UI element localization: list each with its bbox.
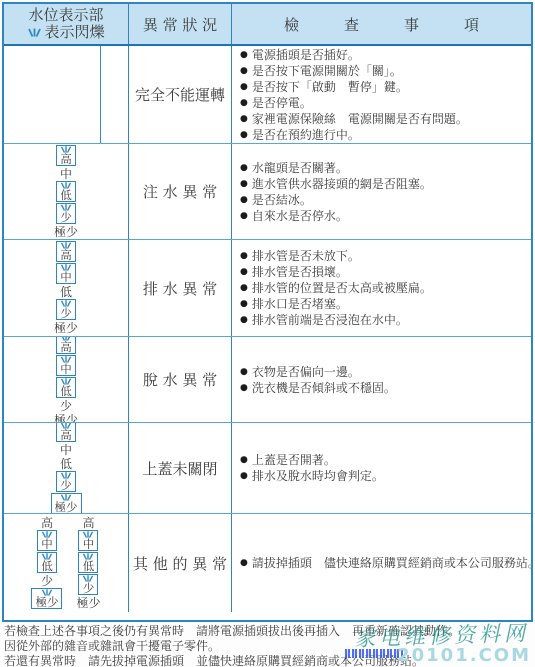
check-item: ●排水管前端是否浸泡在水中。 — [240, 312, 531, 328]
check-item-text: 是否在預約進行中。 — [252, 127, 360, 143]
indicator-stack: 高中低少極少 — [54, 241, 78, 335]
check-item-text: 排水及脫水時均會判定。 — [252, 468, 384, 484]
indicator-stack: 高中低少極少 — [76, 516, 100, 610]
condition-label: 上蓋未關閉 — [128, 423, 231, 513]
bullet-icon: ● — [240, 248, 248, 264]
check-item: ●請拔掉插頭 儘快連絡原購買經銷商或本公司服務站。 — [240, 555, 531, 571]
table-row: 完全不能運轉 ●電源插頭是否插好。●是否按下電源開關於「關」。●是否按下「啟動 … — [4, 46, 531, 143]
indicator-label: 極少 — [55, 501, 78, 513]
indicator-stacks: 高中低少極少 — [51, 423, 82, 513]
header-water-level-line2-wrap: 表示閃爍 — [27, 24, 104, 41]
water-level-indicator: 極少 — [76, 596, 100, 610]
indicator-stacks: 高中低少極少 — [54, 241, 78, 335]
indicator-label: 高 — [60, 153, 72, 165]
table-row: 高中低少極少 排 水 異 常 ●排水管是否未放下。●排水管是否損壞。●排水管的位… — [4, 239, 531, 336]
water-level-indicator: 高 — [56, 423, 76, 442]
troubleshooting-table: 水位表示部 表示閃爍 異 常 狀 況 檢 查 事 項 完全不能運轉 ●電源插頭是… — [2, 2, 533, 622]
water-level-indicator: 高 — [56, 337, 76, 354]
bullet-icon: ● — [240, 176, 248, 192]
check-item-text: 是否停電。 — [252, 95, 312, 111]
footer-note-line: 因從外部的雜音或雜訊會干擾電子零件。 — [4, 639, 531, 654]
water-level-indicator: 中 — [78, 530, 98, 551]
table-row: 高中低少極少 上蓋未關閉 ●上蓋是否開著。●排水及脫水時均會判定。 — [4, 422, 531, 513]
table-row: 高中低少極少高中低少極少 其 他 的 異 常 ●請拔掉插頭 儘快連絡原購買經銷商… — [4, 513, 531, 612]
water-level-indicator: 低 — [60, 285, 72, 299]
bullet-icon: ● — [240, 111, 248, 127]
bullet-icon: ● — [240, 127, 248, 143]
check-item-text: 水龍頭是否關著。 — [252, 160, 348, 176]
indicator-label: 中 — [41, 538, 53, 550]
bullet-icon: ● — [240, 192, 248, 208]
footer-notes: 若檢查上述各事項之後仍有異常時 請將電源插頭拔出後再插入 再重新確認其動作。因從… — [4, 624, 531, 667]
check-list: ●排水管是否未放下。●排水管是否損壞。●排水管的位置是否太高或被壓扁。●排水口是… — [231, 240, 531, 336]
check-list: ●請拔掉插頭 儘快連絡原購買經銷商或本公司服務站。 — [231, 514, 531, 612]
check-item: ●電源插頭是否插好。 — [240, 47, 531, 63]
check-list: ●水龍頭是否關著。●進水管供水器接頭的網是否阻塞。●是否結冰。●自來水是否停水。 — [231, 144, 531, 239]
manual-page: { "header": { "col1_line1": "水位表示部", "co… — [0, 0, 535, 667]
water-level-indicator: 高 — [56, 241, 76, 262]
condition-label: 排 水 異 常 — [128, 240, 231, 336]
water-level-indicator: 少 — [41, 574, 53, 588]
indicator-cell: 高中低少極少 — [4, 240, 128, 336]
check-item: ●進水管供水器接頭的網是否阻塞。 — [240, 176, 531, 192]
check-item-text: 是否結冰。 — [252, 192, 312, 208]
indicator-label: 極少 — [35, 596, 58, 608]
check-item-text: 排水管是否未放下。 — [252, 248, 360, 264]
check-item: ●排水管的位置是否太高或被壓扁。 — [240, 280, 531, 296]
table-row: 高中低少極少 脫 水 異 常 ●衣物是否偏向一邊。●洗衣機是否傾斜或不穩固。 — [4, 336, 531, 422]
header-water-level-label: 表示閃爍 — [44, 24, 104, 41]
water-level-indicator: 低 — [78, 552, 98, 573]
check-item: ●是否停電。 — [240, 95, 531, 111]
check-item-text: 電源插頭是否插好。 — [252, 47, 360, 63]
check-item: ●排水管是否損壞。 — [240, 264, 531, 280]
check-item-text: 自來水是否停水。 — [252, 208, 348, 224]
check-item-text: 進水管供水器接頭的網是否阻塞。 — [252, 176, 432, 192]
indicator-stacks: 高中低少極少 — [54, 145, 78, 239]
check-item: ●衣物是否偏向一邊。 — [240, 364, 531, 380]
table-row: 高中低少極少 注 水 異 常 ●水龍頭是否關著。●進水管供水器接頭的網是否阻塞。… — [4, 143, 531, 239]
bullet-icon: ● — [240, 79, 248, 95]
indicator-stacks: 高中低少極少高中低少極少 — [31, 516, 100, 610]
water-flash-icon — [27, 28, 42, 37]
check-item: ●排水管是否未放下。 — [240, 248, 531, 264]
water-level-indicator: 極少 — [51, 493, 82, 513]
water-level-indicator: 少 — [56, 299, 76, 320]
indicator-label: 少 — [60, 307, 72, 319]
indicator-stacks: 高中低少極少 — [54, 337, 78, 422]
footer-note-line: 若還有異常時 請先拔掉電源插頭 並儘快連絡原購買經銷商或本公司服務站。 — [4, 654, 531, 667]
bullet-icon: ● — [240, 280, 248, 296]
bullet-icon: ● — [240, 160, 248, 176]
water-level-indicator: 高 — [41, 516, 53, 530]
header-water-level-line1: 水位表示部 — [28, 7, 103, 24]
bullet-icon: ● — [240, 63, 248, 79]
indicator-label: 高 — [60, 341, 72, 353]
check-item: ●上蓋是否開著。 — [240, 452, 531, 468]
indicator-stack: 高中低少極少 — [54, 337, 78, 422]
table-header-row: 水位表示部 表示閃爍 異 常 狀 況 檢 查 事 項 — [4, 4, 531, 46]
table-body: 完全不能運轉 ●電源插頭是否插好。●是否按下電源開關於「關」。●是否按下「啟動 … — [4, 46, 531, 612]
indicator-label: 高 — [60, 429, 72, 441]
indicator-stack: 高中低少極少 — [54, 145, 78, 239]
footer-note-line: 若檢查上述各事項之後仍有異常時 請將電源插頭拔出後再插入 再重新確認其動作。 — [4, 624, 531, 639]
check-item: ●是否按下「啟動 暫停」鍵。 — [240, 79, 531, 95]
bullet-icon: ● — [240, 364, 248, 380]
water-level-indicator: 中 — [37, 530, 57, 551]
bullet-icon: ● — [240, 555, 248, 571]
indicator-label: 低 — [83, 560, 95, 572]
water-level-indicator: 中 — [56, 263, 76, 284]
bullet-icon: ● — [240, 208, 248, 224]
indicator-label: 低 — [60, 189, 72, 201]
water-level-indicator: 低 — [56, 181, 76, 202]
bullet-icon: ● — [240, 380, 248, 396]
indicator-cell: 高中低少極少 — [4, 423, 128, 513]
check-item: ●水龍頭是否關著。 — [240, 160, 531, 176]
water-level-indicator: 低 — [56, 377, 76, 398]
check-item-text: 家裡電源保險絲 電源開關是否有問題。 — [252, 111, 468, 127]
water-level-indicator: 中 — [60, 167, 72, 181]
water-level-indicator: 低 — [60, 457, 72, 471]
indicator-cell: 高中低少極少 — [4, 144, 128, 239]
water-level-indicator: 少 — [56, 471, 76, 492]
indicator-label: 中 — [60, 363, 72, 375]
bullet-icon: ● — [240, 264, 248, 280]
water-level-indicator: 極少 — [31, 588, 62, 609]
check-item-text: 衣物是否偏向一邊。 — [252, 364, 360, 380]
indicator-label: 高 — [60, 249, 72, 261]
condition-label: 其 他 的 異 常 — [128, 514, 231, 612]
check-item: ●自來水是否停水。 — [240, 208, 531, 224]
check-item-text: 是否按下電源開關於「關」。 — [252, 63, 402, 79]
indicator-cell: 高中低少極少高中低少極少 — [4, 514, 128, 612]
check-item: ●排水及脫水時均會判定。 — [240, 468, 531, 484]
condition-label: 脫 水 異 常 — [128, 337, 231, 422]
indicator-label: 中 — [83, 538, 95, 550]
bullet-icon: ● — [240, 452, 248, 468]
check-item-text: 請拔掉插頭 儘快連絡原購買經銷商或本公司服務站。 — [252, 555, 531, 571]
indicator-label: 中 — [60, 271, 72, 283]
check-list: ●上蓋是否開著。●排水及脫水時均會判定。 — [231, 423, 531, 513]
check-item: ●是否在預約進行中。 — [240, 127, 531, 143]
check-item-text: 洗衣機是否傾斜或不穩固。 — [252, 380, 396, 396]
check-item: ●洗衣機是否傾斜或不穩固。 — [240, 380, 531, 396]
check-item-text: 排水口是否堵塞。 — [252, 296, 348, 312]
water-level-indicator: 低 — [37, 552, 57, 573]
check-list: ●衣物是否偏向一邊。●洗衣機是否傾斜或不穩固。 — [231, 337, 531, 422]
water-level-indicator: 中 — [56, 355, 76, 376]
water-level-indicator: 少 — [56, 203, 76, 224]
check-item: ●是否結冰。 — [240, 192, 531, 208]
bullet-icon: ● — [240, 312, 248, 328]
header-condition-column: 異 常 狀 況 — [128, 4, 231, 44]
check-item-text: 排水管前端是否浸泡在水中。 — [252, 312, 408, 328]
check-item: ●是否按下電源開關於「關」。 — [240, 63, 531, 79]
indicator-cell: 高中低少極少 — [4, 337, 128, 422]
check-list: ●電源插頭是否插好。●是否按下電源開關於「關」。●是否按下「啟動 暫停」鍵。●是… — [231, 46, 531, 143]
bullet-icon: ● — [240, 296, 248, 312]
water-level-indicator: 高 — [82, 516, 94, 530]
condition-label: 注 水 異 常 — [128, 144, 231, 239]
water-level-indicator: 極少 — [54, 413, 78, 423]
check-item-text: 排水管的位置是否太高或被壓扁。 — [252, 280, 432, 296]
indicator-stack: 高中低少極少 — [51, 423, 82, 513]
bullet-icon: ● — [240, 468, 248, 484]
condition-label: 完全不能運轉 — [128, 46, 231, 143]
water-level-indicator: 少 — [78, 574, 98, 595]
water-level-indicator: 極少 — [54, 321, 78, 335]
water-level-indicator: 中 — [60, 443, 72, 457]
check-item-text: 上蓋是否開著。 — [252, 452, 336, 468]
header-water-level-column: 水位表示部 表示閃爍 — [4, 4, 128, 44]
indicator-label: 低 — [60, 385, 72, 397]
check-item-text: 是否按下「啟動 暫停」鍵。 — [252, 79, 408, 95]
water-level-indicator: 極少 — [54, 225, 78, 239]
indicator-label: 少 — [60, 479, 72, 491]
check-item: ●家裡電源保險絲 電源開關是否有問題。 — [240, 111, 531, 127]
water-level-indicator: 少 — [60, 399, 72, 413]
water-level-indicator: 高 — [56, 145, 76, 166]
indicator-label: 低 — [41, 560, 53, 572]
check-item: ●排水口是否堵塞。 — [240, 296, 531, 312]
indicator-label: 少 — [60, 211, 72, 223]
header-checks-column: 檢 查 事 項 — [231, 4, 531, 44]
bullet-icon: ● — [240, 95, 248, 111]
indicator-stack: 高中低少極少 — [31, 516, 62, 610]
indicator-label: 少 — [83, 582, 95, 594]
bullet-icon: ● — [240, 47, 248, 63]
check-item-text: 排水管是否損壞。 — [252, 264, 348, 280]
indicator-cell — [4, 46, 128, 143]
